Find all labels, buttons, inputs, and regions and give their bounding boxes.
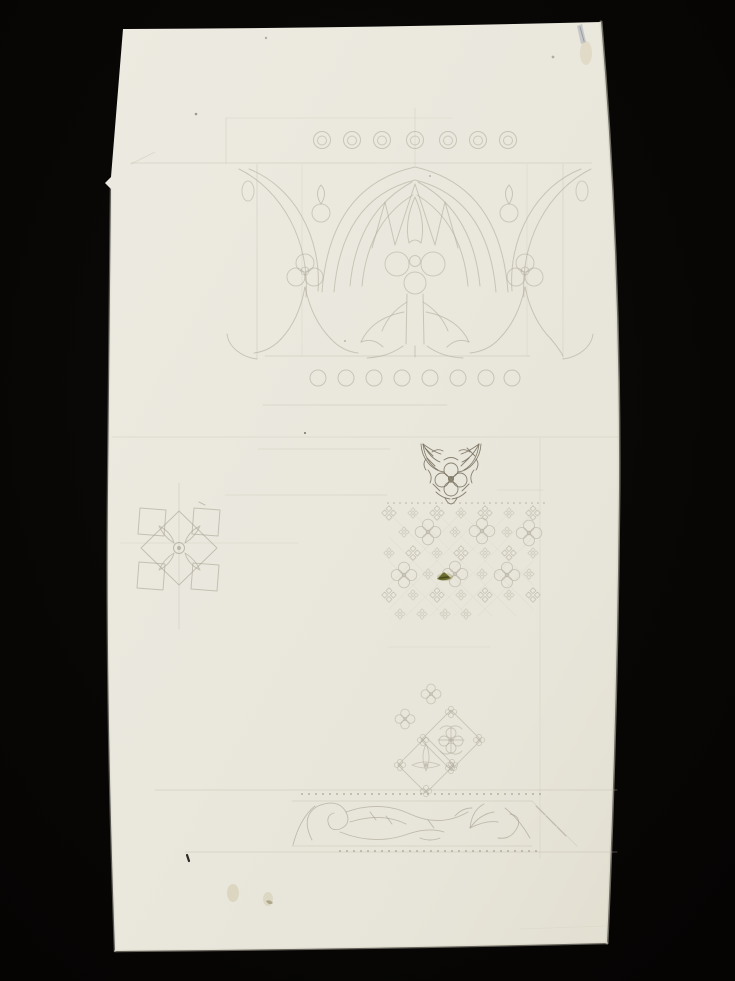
artwork-photo <box>0 0 735 981</box>
pencil-drawing-photograph <box>0 0 735 981</box>
